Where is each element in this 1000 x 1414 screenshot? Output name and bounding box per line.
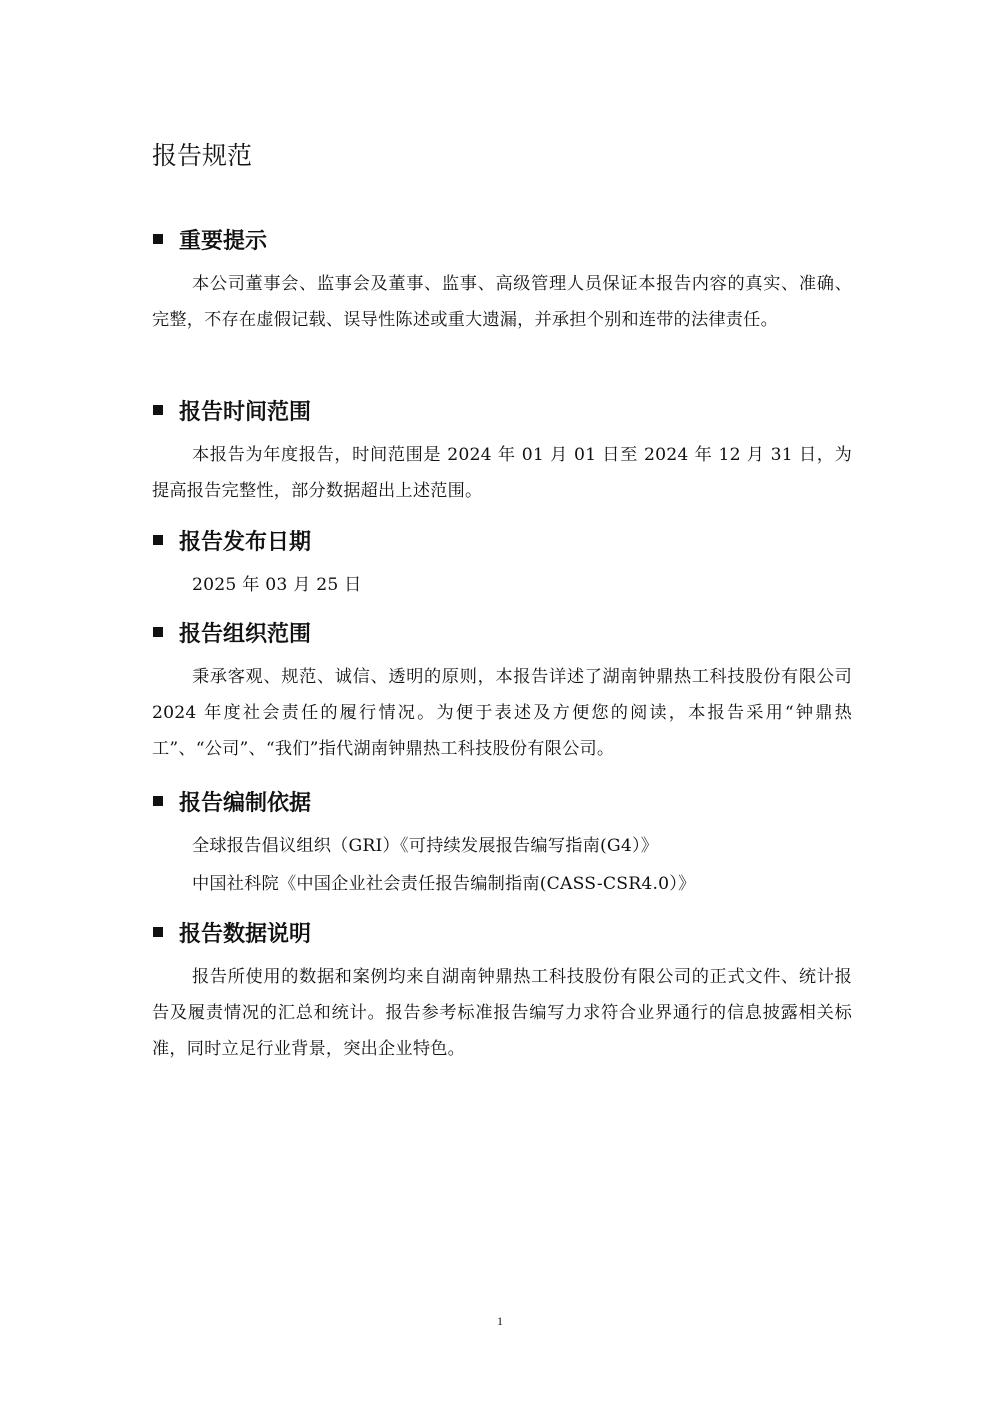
section-heading-important-notice: 重要提示 [152, 224, 267, 254]
square-bullet-icon [153, 627, 163, 637]
release-date-value: 2025 年 03 月 25 日 [152, 567, 852, 603]
data-description-paragraph: 报告所使用的数据和案例均来自湖南钟鼎热工科技股份有限公司的正式文件、统计报告及履… [152, 959, 852, 1067]
section-heading-compilation-basis: 报告编制依据 [152, 786, 311, 816]
organization-scope-paragraph: 秉承客观、规范、诚信、透明的原则，本报告详述了湖南钟鼎热工科技股份有限公司 20… [152, 659, 852, 767]
time-range-paragraph: 本报告为年度报告，时间范围是 2024 年 01 月 01 日至 2024 年 … [152, 437, 852, 509]
section-heading-text: 报告编制依据 [179, 786, 311, 817]
square-bullet-icon [153, 405, 163, 415]
section-heading-text: 报告数据说明 [179, 917, 311, 948]
section-heading-text: 重要提示 [179, 224, 267, 255]
page-number: 1 [0, 1314, 1000, 1329]
important-notice-paragraph: 本公司董事会、监事会及董事、监事、高级管理人员保证本报告内容的真实、准确、完整，… [152, 266, 852, 338]
square-bullet-icon [153, 796, 163, 806]
section-heading-text: 报告发布日期 [179, 525, 311, 556]
section-heading-time-range: 报告时间范围 [152, 395, 311, 425]
square-bullet-icon [153, 927, 163, 937]
section-heading-organization-scope: 报告组织范围 [152, 617, 311, 647]
section-heading-text: 报告时间范围 [179, 395, 311, 426]
page-title: 报告规范 [152, 136, 252, 172]
square-bullet-icon [153, 234, 163, 244]
section-heading-text: 报告组织范围 [179, 617, 311, 648]
section-heading-release-date: 报告发布日期 [152, 525, 311, 555]
section-heading-data-description: 报告数据说明 [152, 917, 311, 947]
square-bullet-icon [153, 535, 163, 545]
compilation-basis-cass: 中国社科院《中国企业社会责任报告编制指南(CASS-CSR4.0）》 [152, 866, 852, 902]
compilation-basis-gri: 全球报告倡议组织（GRI）《可持续发展报告编写指南(G4）》 [152, 828, 852, 864]
